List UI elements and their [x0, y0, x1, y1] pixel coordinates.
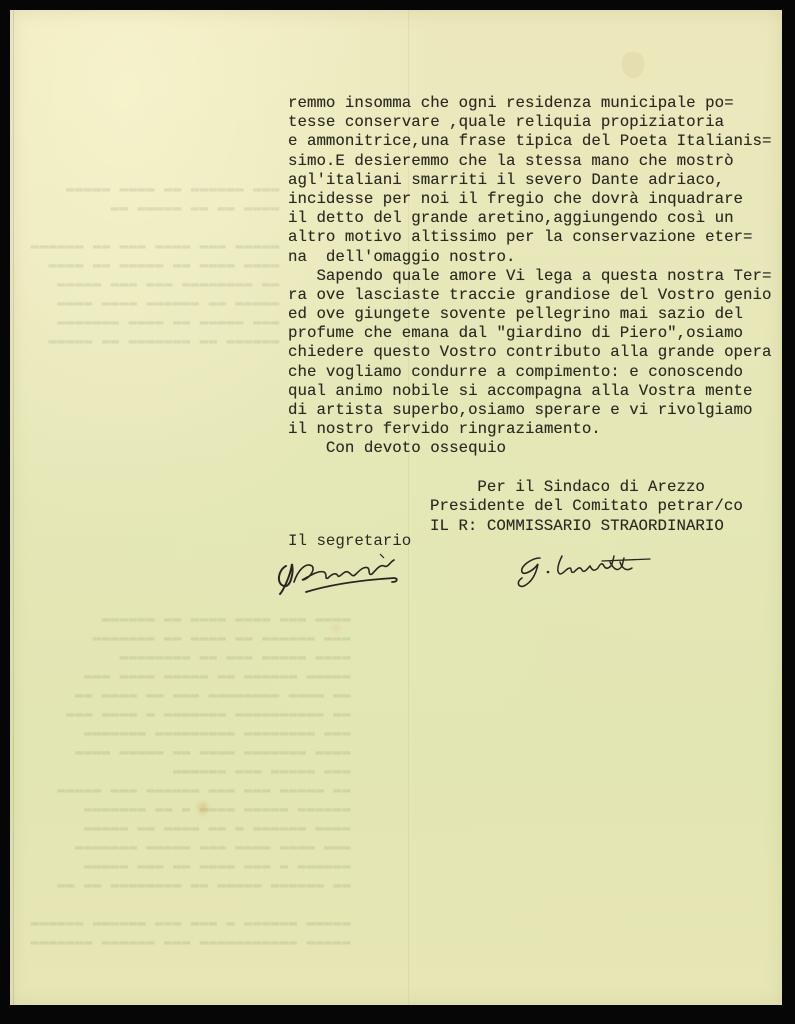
handwritten-signature-icon [272, 548, 407, 598]
closing-salutation: Con devoto ossequio [288, 439, 778, 458]
bleed-through-texture: ▬▬▬ ▬▬▬▬▬▬ ▬▬ ▬▬▬▬ ▬▬▬▬▬ ▬▬▬▬ ▬▬ ▬▬ ▬▬▬▬… [30, 180, 279, 351]
bleed-through-texture: ▬▬▬▬ ▬▬▬ ▬▬▬▬ ▬▬▬▬ ▬▬ ▬▬▬▬▬▬ ▬▬▬ ▬▬▬▬▬▬ … [30, 610, 350, 952]
signatory-block: Per il Sindaco di Arezzo Presidente del … [430, 478, 743, 536]
paper-stain [198, 802, 208, 814]
signatory-line: Per il Sindaco di Arezzo [430, 478, 743, 497]
body-line: qual animo nobile si accompagna alla Vos… [288, 382, 778, 401]
body-line: il detto del grande aretino,aggiungendo … [288, 209, 778, 228]
body-line: altro motivo altissimo per la conservazi… [288, 228, 778, 247]
paper-stain [332, 624, 340, 632]
body-line: ra ove lasciaste traccie grandiose del V… [288, 286, 778, 305]
body-line: chiedere questo Vostro contributo alla g… [288, 343, 778, 362]
commissioner-signature [514, 550, 654, 590]
secretary-signature [272, 548, 407, 598]
body-line: tesse conservare ,quale reliquia propizi… [288, 113, 778, 132]
letter-body: remmo insomma che ogni residenza municip… [288, 94, 778, 459]
body-line: simo.E desieremmo che la stessa mano che… [288, 152, 778, 171]
body-line: il nostro fervido ringraziamento. [288, 420, 778, 439]
body-line: ed ove giungete sovente pellegrino mai s… [288, 305, 778, 324]
body-line: remmo insomma che ogni residenza municip… [288, 94, 778, 113]
body-line: na dell'omaggio nostro. [288, 248, 778, 267]
body-line: profume che emana dal "giardino di Piero… [288, 324, 778, 343]
page-edge-line [13, 10, 14, 1005]
handwritten-signature-icon [514, 550, 654, 590]
body-line: e ammonitrice,una frase tipica del Poeta… [288, 132, 778, 151]
body-line: incidesse per noi il fregio che dovrà in… [288, 190, 778, 209]
signatory-line: IL R: COMMISSARIO STRAORDINARIO [430, 517, 743, 536]
watermark-crest-icon [622, 52, 644, 78]
body-line: agl'italiani smarriti il severo Dante ad… [288, 171, 778, 190]
body-line: di artista superbo,osiamo sperare e vi r… [288, 401, 778, 420]
signatory-line: Presidente del Comitato petrar/co [430, 497, 743, 516]
body-line: che vogliamo condurre a compimento: e co… [288, 363, 778, 382]
body-line: Sapendo quale amore Vi lega a questa nos… [288, 267, 778, 286]
